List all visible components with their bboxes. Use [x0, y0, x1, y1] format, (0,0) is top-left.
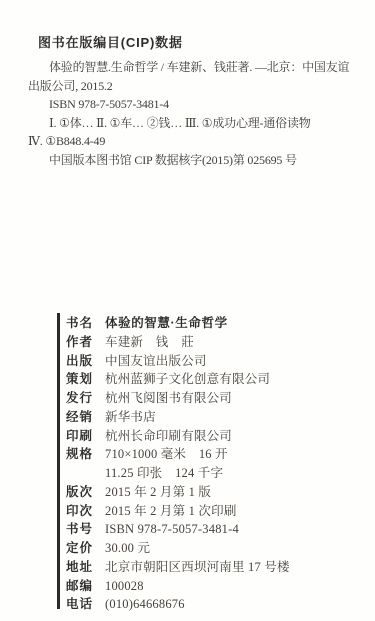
row-label: 版次	[66, 482, 105, 500]
row-value: 新华书店	[105, 407, 156, 425]
row-label: 书名	[66, 313, 105, 331]
colophon-row-format-continued: 11.25 印张 124 千字	[66, 463, 366, 482]
cip-record-line: 体验的智慧.生命哲学 / 车建新、钱莊著. —北京：中国友谊	[0, 58, 375, 77]
row-value: 2015 年 2 月第 1 次印刷	[105, 501, 237, 519]
colophon-list: 书名 体验的智慧·生命哲学 作者 车建新 钱 莊 出版 中国友谊出版公司 策划 …	[66, 311, 366, 613]
row-label: 策划	[66, 369, 105, 387]
colophon-row-edition: 版次 2015 年 2 月第 1 版	[66, 482, 366, 501]
cip-classification-line: Ⅰ. ①体… Ⅱ. ①车… ②钱… Ⅲ. ①成功心理-通俗读物	[0, 114, 375, 133]
row-value: ISBN 978-7-5057-3481-4	[105, 522, 239, 537]
row-label: 电话	[66, 594, 105, 612]
colophon-row-printing: 印刷 杭州长命印刷有限公司	[66, 426, 366, 445]
cip-isbn-line: ISBN 978-7-5057-3481-4	[0, 95, 375, 114]
row-label: 发行	[66, 388, 105, 406]
row-value: 11.25 印张 124 千字	[105, 463, 223, 481]
row-value: 杭州蓝狮子文化创意有限公司	[105, 369, 270, 387]
colophon-row-planning: 策划 杭州蓝狮子文化创意有限公司	[66, 369, 366, 388]
colophon-row-address: 地址 北京市朝阳区西坝河南里 17 号楼	[66, 557, 366, 576]
colophon-row-price: 定价 30.00 元	[66, 538, 366, 557]
colophon-row-retail: 经销 新华书店	[66, 407, 366, 426]
colophon-row-isbn: 书号 ISBN 978-7-5057-3481-4	[66, 519, 366, 538]
row-label: 印次	[66, 501, 105, 519]
row-label: 经销	[66, 407, 105, 425]
colophon-row-phone: 电话 (010)64668676	[66, 594, 366, 613]
cip-classification-line: Ⅳ. ①B848.4-49	[0, 132, 375, 151]
row-value: (010)64668676	[105, 597, 185, 612]
row-value: 中国友谊出版公司	[105, 351, 207, 369]
colophon-row-author: 作者 车建新 钱 莊	[66, 332, 366, 351]
row-label: 书号	[66, 519, 105, 537]
row-label: 作者	[66, 332, 105, 350]
row-value: 710×1000 毫米 16 开	[105, 444, 228, 462]
row-value: 北京市朝阳区西坝河南里 17 号楼	[105, 557, 290, 575]
row-value: 100028	[105, 579, 144, 594]
row-value: 杭州长命印刷有限公司	[105, 426, 232, 444]
row-value: 2015 年 2 月第 1 版	[105, 482, 211, 500]
cip-registry-number-line: 中国版本图书馆 CIP 数据核字(2015)第 025695 号	[0, 151, 375, 170]
cip-record: 体验的智慧.生命哲学 / 车建新、钱莊著. —北京：中国友谊 出版公司, 201…	[0, 58, 375, 170]
row-label: 印刷	[66, 426, 105, 444]
colophon-row-publisher: 出版 中国友谊出版公司	[66, 351, 366, 370]
row-value: 体验的智慧·生命哲学	[105, 313, 228, 331]
colophon-row-postcode: 邮编 100028	[66, 576, 366, 595]
row-label: 地址	[66, 557, 105, 575]
book-copyright-page: { "cip_box": { "title": "图书在版编目(CIP)数据",…	[0, 0, 375, 621]
colophon-row-format: 规格 710×1000 毫米 16 开	[66, 444, 366, 463]
cip-heading: 图书在版编目(CIP)数据	[38, 32, 183, 51]
row-value: 车建新 钱 莊	[105, 332, 194, 350]
row-label: 邮编	[66, 576, 105, 594]
row-label: 出版	[66, 351, 105, 369]
colophon-row-title: 书名 体验的智慧·生命哲学	[66, 313, 366, 332]
cip-record-line: 出版公司, 2015.2	[0, 77, 375, 96]
colophon-row-distribution: 发行 杭州飞阅图书有限公司	[66, 388, 366, 407]
row-value: 30.00 元	[105, 538, 150, 556]
colophon-row-impression: 印次 2015 年 2 月第 1 次印刷	[66, 501, 366, 520]
row-label: 定价	[66, 538, 105, 556]
row-value: 杭州飞阅图书有限公司	[105, 388, 232, 406]
row-label: 规格	[66, 444, 105, 462]
